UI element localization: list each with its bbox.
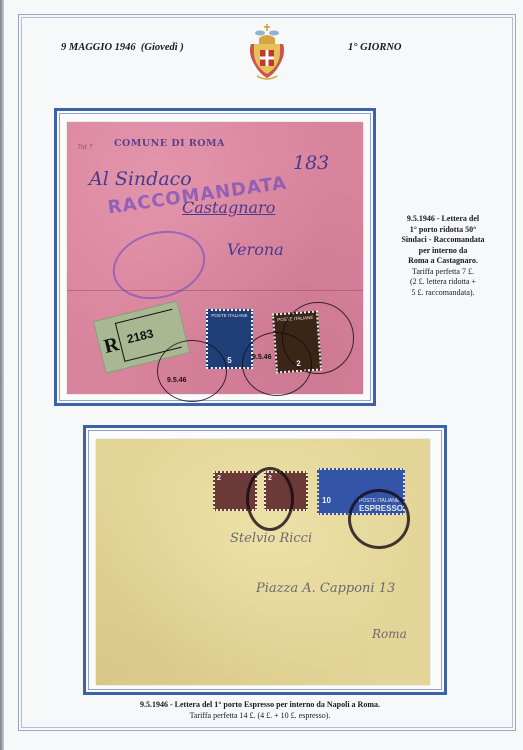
caption-line: 5 £. raccomandata).: [380, 288, 506, 299]
oval-handstamp: [105, 221, 213, 309]
handwritten-number: 183: [293, 152, 329, 174]
caption-line: per interno da: [380, 246, 506, 257]
savoy-coat-of-arms-icon: [245, 22, 289, 82]
registered-letter: COMUNE DI ROMA 7nt ? Al Sindaco RACCOMAN…: [67, 122, 363, 394]
caption-line: 1° porto ridotta 50°: [380, 225, 506, 236]
address-line-2: Castagnaro: [182, 198, 275, 217]
address-line-2: Piazza A. Capponi 13: [256, 581, 395, 596]
address-line-1: Al Sindaco: [89, 168, 192, 190]
caption-express-envelope: 9.5.1946 - Lettera del 1° porto Espresso…: [60, 700, 460, 721]
postmark-castagnaro: [282, 302, 354, 374]
caption-line: (2 £. lettera ridotta +: [380, 277, 506, 288]
pencil-note: 7nt ?: [77, 144, 92, 151]
stamp-value: 10: [322, 496, 331, 505]
caption-line: 9.5.1946 - Lettera del 1° porto Espresso…: [60, 700, 460, 711]
postmark-napoli: [348, 489, 410, 549]
caption-line: 9.5.1946 - Lettera del: [380, 214, 506, 225]
address-line-3: Verona: [227, 240, 284, 259]
printed-header: COMUNE DI ROMA: [114, 138, 225, 149]
postmark-napoli: [246, 467, 294, 531]
postmark-date: 9.5.46: [252, 354, 271, 361]
postmark-date: 9.5.46: [167, 377, 186, 384]
stamp-value: 2: [217, 475, 221, 482]
address-line-3: Roma: [372, 627, 407, 641]
stamp-header: POSTE ITALIANE: [208, 313, 251, 318]
mount-frame-registered-letter: COMUNE DI ROMA 7nt ? Al Sindaco RACCOMAN…: [54, 108, 376, 406]
address-line-1: Stelvio Ricci: [230, 531, 312, 546]
caption-line: Sindaci - Raccomandata: [380, 235, 506, 246]
caption-line: Tariffa perfetta 7 £.: [380, 267, 506, 278]
caption-registered-letter: 9.5.1946 - Lettera del 1° porto ridotta …: [380, 214, 506, 298]
page-date-heading: 9 MAGGIO 1946 (Giovedì ): [61, 42, 184, 53]
page-day-heading: 1° GIORNO: [348, 42, 402, 53]
caption-line: Roma a Castagnaro.: [380, 256, 506, 267]
mount-frame-express-envelope: 2 2 POSTE ITALIANE ESPRESSO 10 Stelvio R…: [83, 425, 447, 695]
postmark-roma-campidoglio: [157, 340, 227, 402]
caption-line: Tariffa perfetta 14 £. (4 £. + 10 £. esp…: [60, 711, 460, 722]
express-envelope: 2 2 POSTE ITALIANE ESPRESSO 10 Stelvio R…: [96, 439, 430, 685]
